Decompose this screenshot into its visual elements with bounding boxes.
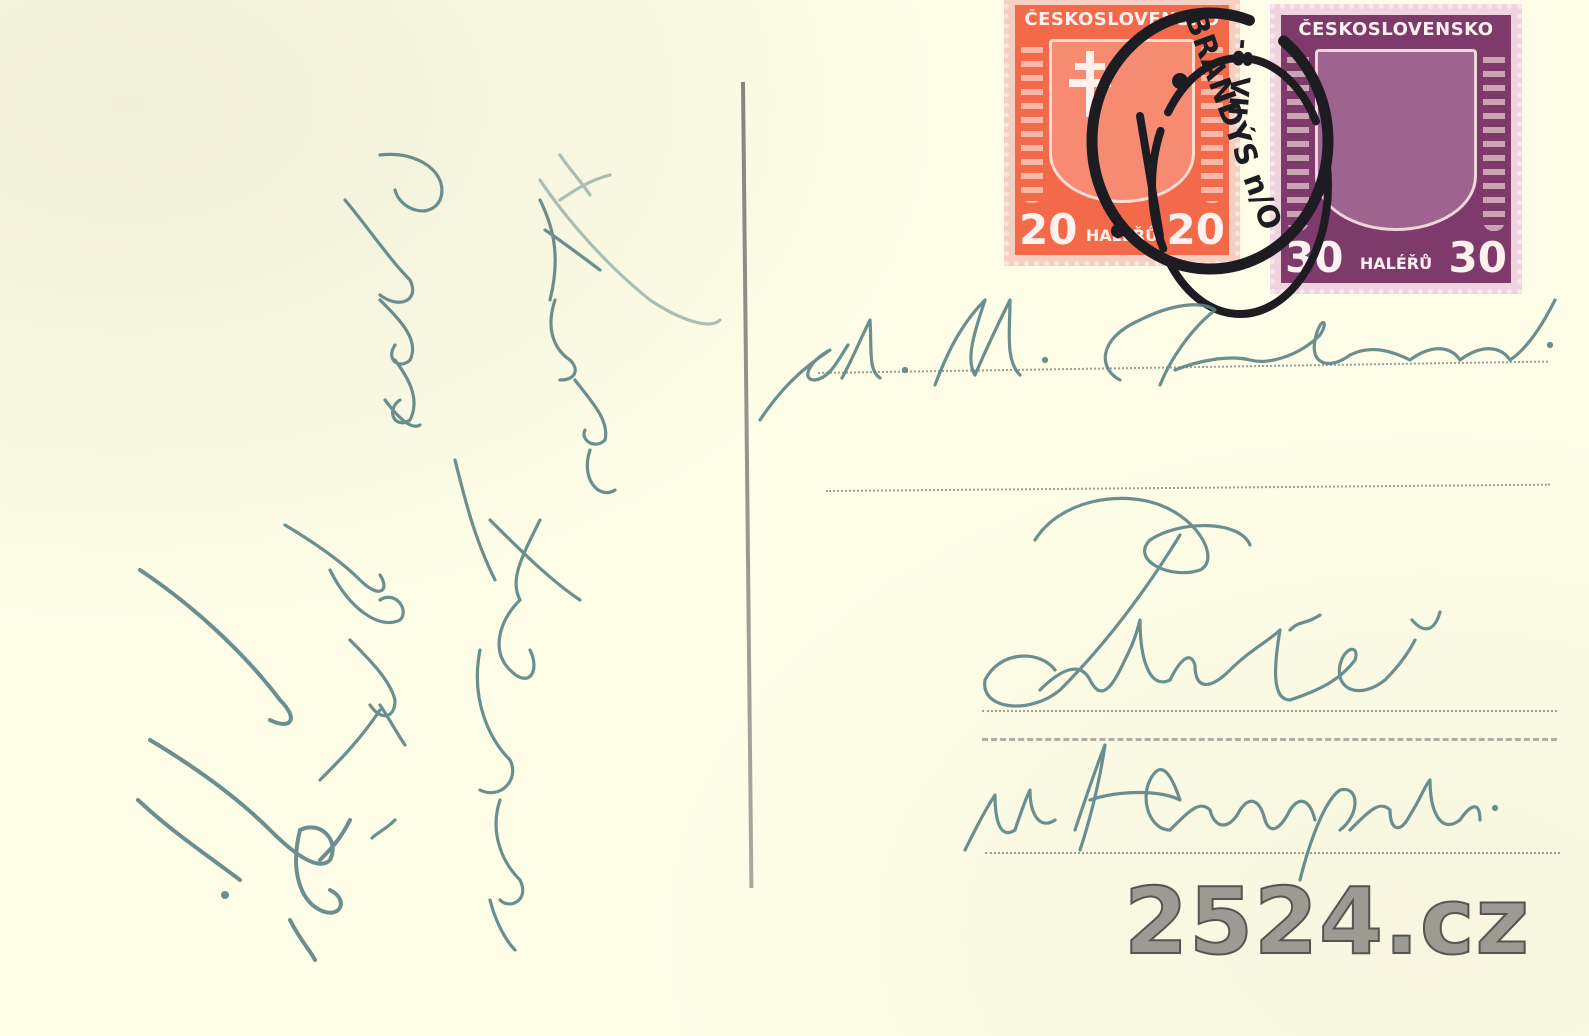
stamp-value-right: 20 bbox=[1167, 205, 1225, 255]
ornament-border-icon bbox=[1483, 49, 1505, 231]
coat-of-arms-icon bbox=[1315, 49, 1477, 231]
address-line-4-rule bbox=[985, 852, 1560, 854]
stamp-country: ČESKOSLOVENSKO bbox=[1281, 19, 1511, 40]
stamp-face: ČESKOSLOVENSKO 30 HALÉŘŮ 30 bbox=[1281, 15, 1511, 283]
ornament-border-icon bbox=[1021, 39, 1043, 203]
address-line-4-script bbox=[965, 745, 1497, 880]
center-divider-line bbox=[741, 82, 753, 888]
address-line-3-rule bbox=[982, 710, 1557, 712]
stamp-30-haleru: ČESKOSLOVENSKO 30 HALÉŘŮ 30 bbox=[1270, 4, 1522, 294]
address-line-3-script bbox=[985, 498, 1440, 706]
ornament-border-icon bbox=[1287, 49, 1309, 231]
address-line-1-rule bbox=[818, 361, 1548, 374]
address-line-3-underline bbox=[982, 738, 1557, 741]
postcard-back: ČESKOSLOVENSKO 20 HALÉŘŮ 20 ČESKOSLOVENS… bbox=[0, 0, 1589, 1036]
message-line-4-script bbox=[138, 570, 350, 960]
postmark-date: -8 VII bbox=[1221, 37, 1258, 117]
watermark-text: 2524.cz bbox=[1124, 872, 1530, 972]
message-line-1-script bbox=[540, 155, 720, 324]
message-line-3-script bbox=[285, 154, 442, 838]
address-line-1-script bbox=[760, 300, 1555, 420]
message-line-2-script bbox=[455, 200, 615, 950]
address-line-2-rule bbox=[826, 484, 1550, 492]
double-cross-icon bbox=[1065, 49, 1115, 119]
stamp-value-right: 30 bbox=[1449, 233, 1507, 283]
